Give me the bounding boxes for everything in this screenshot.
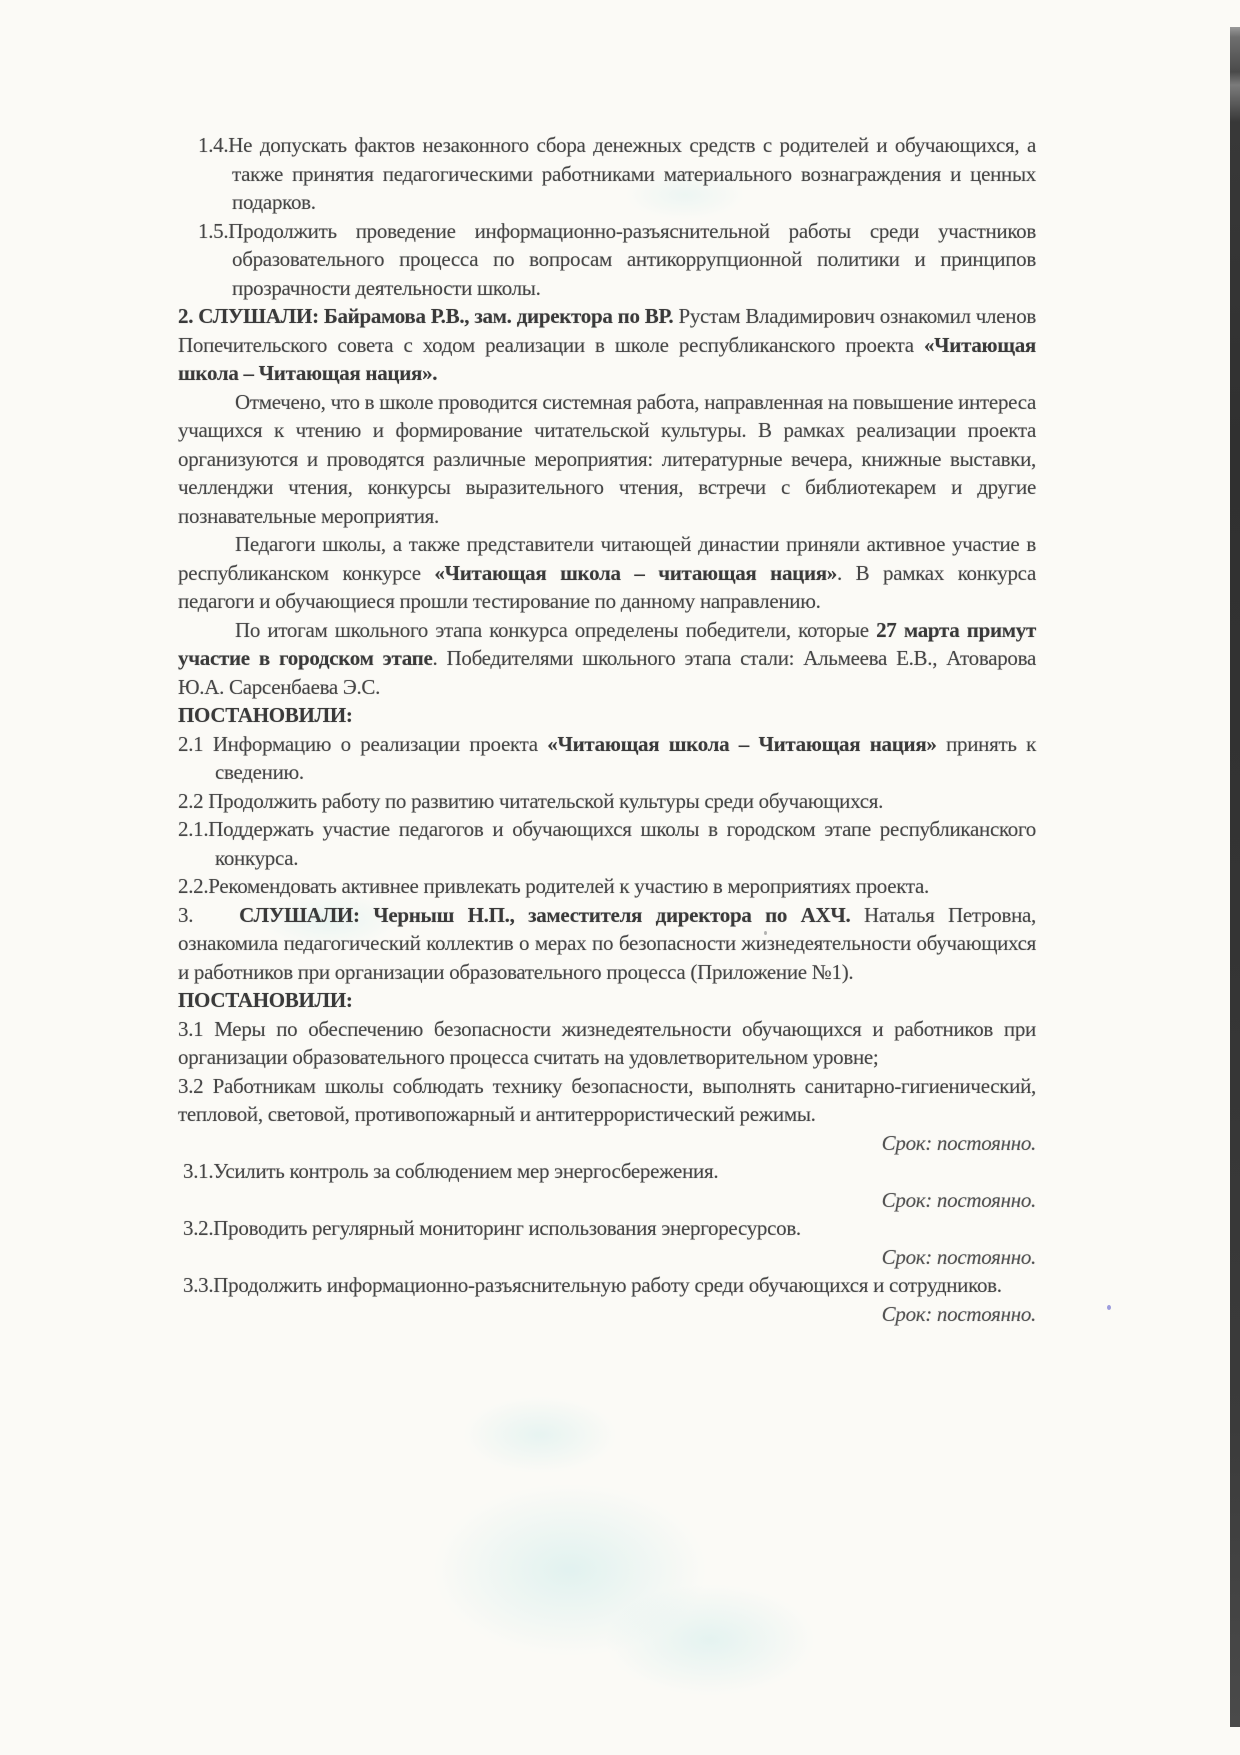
resolution-text: 3.3.Продолжить информационно-разъяснител… xyxy=(183,1273,1002,1297)
scan-speck xyxy=(1107,1305,1111,1310)
section-2-heading: 2. СЛУШАЛИ: Байрамова Р.В., зам. директо… xyxy=(178,302,1036,388)
document-content: 1.4.Не допускать фактов незаконного сбор… xyxy=(178,131,1036,1328)
deadline-note: Срок: постоянно. xyxy=(178,1129,1036,1158)
speaker-name: СЛУШАЛИ: Черныш Н.П., заместителя директ… xyxy=(239,903,850,927)
resolution-text: 2.2.Рекомендовать активнее привлекать ро… xyxy=(178,874,929,898)
section-number: 3. xyxy=(178,903,193,927)
resolution-item-2-2b: 2.2.Рекомендовать активнее привлекать ро… xyxy=(178,872,1036,901)
resolution-item-2-1: 2.1 Информацию о реализации проекта «Чит… xyxy=(178,730,1036,787)
list-item-text: 1.5.Продолжить проведение информационно-… xyxy=(198,219,1036,300)
paragraph-winners: По итогам школьного этапа конкурса опред… xyxy=(178,616,1036,702)
resolution-text: 2.2 Продолжить работу по развитию читате… xyxy=(178,789,883,813)
paragraph-overview: Отмечено, что в школе проводится системн… xyxy=(178,388,1036,531)
resolutions-3-heading: ПОСТАНОВИЛИ: xyxy=(178,986,1036,1015)
speaker-name: 2. СЛУШАЛИ: Байрамова Р.В., зам. директо… xyxy=(178,304,673,328)
resolution-text: 3.1.Усилить контроль за соблюдением мер … xyxy=(183,1159,718,1183)
resolution-text: 3.1 Меры по обеспечению безопасности жиз… xyxy=(178,1017,1036,1070)
paragraph-text: Отмечено, что в школе проводится системн… xyxy=(178,390,1036,528)
list-item-text: 1.4.Не допускать фактов незаконного сбор… xyxy=(198,133,1036,214)
resolution-text: 3.2.Проводить регулярный мониторинг испо… xyxy=(183,1216,801,1240)
paragraph-contest: Педагоги школы, а также представители чи… xyxy=(178,530,1036,616)
contest-title: «Читающая школа – читающая нация» xyxy=(434,561,837,585)
resolved-label: ПОСТАНОВИЛИ: xyxy=(178,988,353,1012)
resolution-item-3-1b: 3.1.Усилить контроль за соблюдением мер … xyxy=(178,1157,1036,1186)
deadline-note: Срок: постоянно. xyxy=(178,1186,1036,1215)
scanned-document-page: 1.4.Не допускать фактов незаконного сбор… xyxy=(0,0,1240,1755)
resolution-item-3-3: 3.3.Продолжить информационно-разъяснител… xyxy=(178,1271,1015,1300)
deadline-text: Срок: постоянно. xyxy=(882,1131,1036,1155)
resolution-item-3-2: 3.2 Работникам школы соблюдать технику б… xyxy=(178,1072,1036,1129)
deadline-text: Срок: постоянно. xyxy=(882,1302,1036,1326)
deadline-text: Срок: постоянно. xyxy=(882,1188,1036,1212)
section-3-heading: 3.СЛУШАЛИ: Черныш Н.П., заместителя дире… xyxy=(178,901,1036,987)
resolution-text: 3.2 Работникам школы соблюдать технику б… xyxy=(178,1074,1036,1127)
resolution-item-3-1: 3.1 Меры по обеспечению безопасности жиз… xyxy=(178,1015,1036,1072)
scanner-edge-shadow xyxy=(1230,27,1240,1727)
resolutions-2-heading: ПОСТАНОВИЛИ: xyxy=(178,701,1036,730)
resolution-item-2-1b: 2.1.Поддержать участие педагогов и обуча… xyxy=(178,815,1036,872)
scan-stain xyxy=(380,1450,760,1690)
list-item-1-4: 1.4.Не допускать фактов незаконного сбор… xyxy=(178,131,1036,217)
resolution-item-3-2b: 3.2.Проводить регулярный мониторинг испо… xyxy=(178,1214,1036,1243)
deadline-note: Срок: постоянно. xyxy=(178,1300,1036,1329)
scan-stain xyxy=(430,1380,650,1490)
scan-stain xyxy=(560,1560,860,1720)
resolved-label: ПОСТАНОВИЛИ: xyxy=(178,703,353,727)
resolution-text: 2.1 Информацию о реализации проекта xyxy=(178,732,547,756)
resolution-text: 2.1.Поддержать участие педагогов и обуча… xyxy=(178,817,1036,870)
list-item-1-5: 1.5.Продолжить проведение информационно-… xyxy=(178,217,1036,303)
paragraph-text: По итогам школьного этапа конкурса опред… xyxy=(235,618,876,642)
resolution-item-2-2: 2.2 Продолжить работу по развитию читате… xyxy=(178,787,1036,816)
deadline-note: Срок: постоянно. xyxy=(178,1243,1036,1272)
project-title: «Читающая школа – Читающая нация» xyxy=(547,732,936,756)
deadline-text: Срок: постоянно. xyxy=(882,1245,1036,1269)
